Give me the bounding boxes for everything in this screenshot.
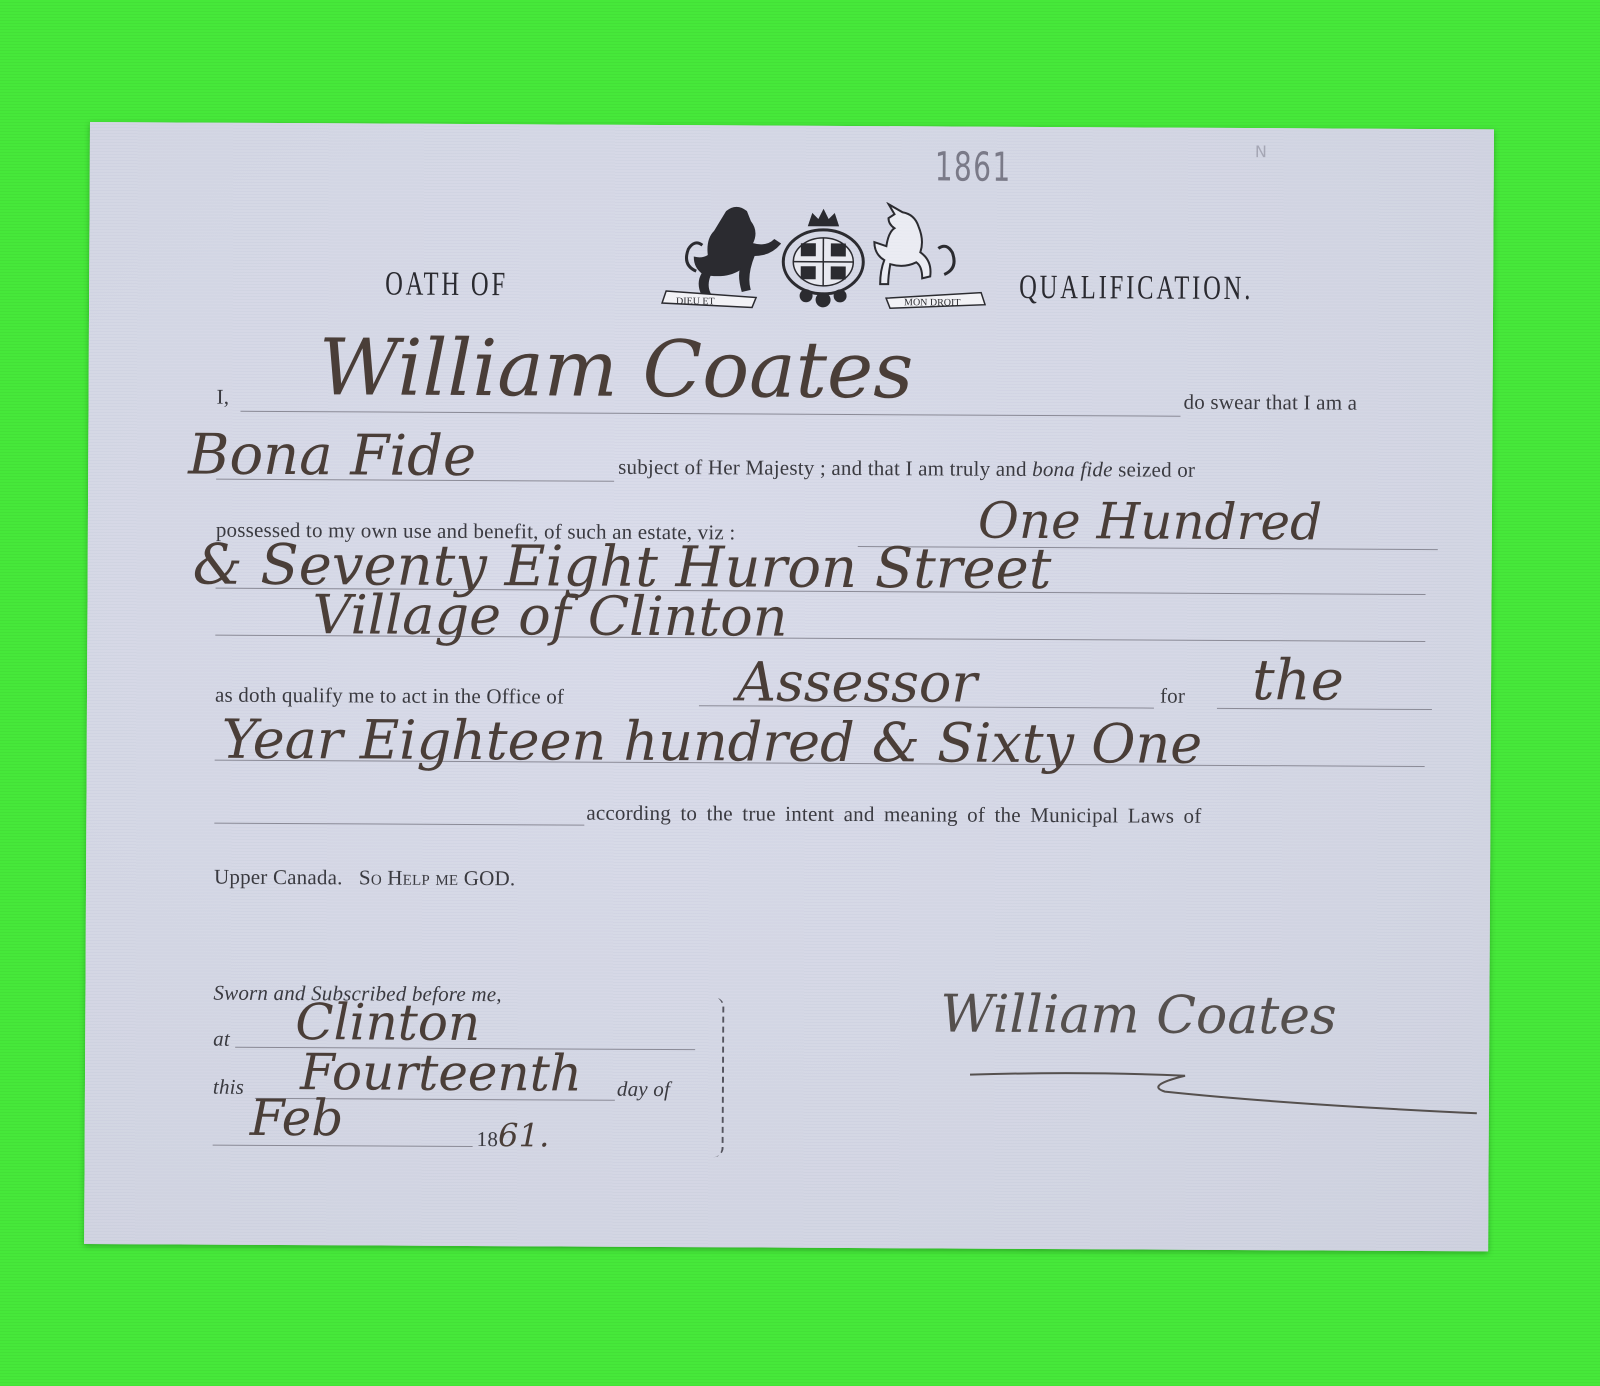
handwritten-name: William Coates (318, 323, 913, 416)
oath-line9-text: Upper Canada. So Help me GOD. (214, 865, 515, 892)
oath-for-text: for (1160, 684, 1185, 709)
jurat-this-label: this (213, 1075, 244, 1100)
handwritten-office: Assessor (737, 650, 977, 714)
oath-line6-text: as doth qualify me to act in the Office … (215, 683, 564, 710)
oath-prefix: I, (216, 385, 229, 410)
oath-line2-text: subject of Her Majesty ; and that I am t… (618, 455, 1195, 483)
jurat-brace (708, 997, 725, 1157)
handwritten-estate-3: Village of Clinton (312, 583, 787, 648)
handwritten-year-1: the (1252, 648, 1344, 713)
pencil-mark: N (1255, 142, 1267, 161)
oath-line8-text: according to the true intent and meaning… (586, 801, 1201, 829)
royal-coat-of-arms-icon: DIEU ET MON DROIT (656, 201, 992, 311)
handwritten-year-2: Year Eighteen hundred & Sixty One (222, 708, 1203, 776)
scroll-left-text: DIEU ET (676, 296, 715, 307)
jurat-year: 1861. (477, 1116, 550, 1154)
scroll-right-text: MON DROIT (904, 297, 960, 308)
title-oath-of: OATH OF (385, 266, 508, 305)
blank-line (214, 823, 584, 826)
signature: William Coates (940, 984, 1337, 1046)
jurat-at-label: at (213, 1027, 230, 1052)
title-qualification: QUALIFICATION. (1019, 269, 1253, 308)
signature-flourish-icon (965, 1057, 1485, 1120)
handwritten-month: Feb (250, 1089, 344, 1147)
oath-document: 1861 N OATH OF DIEU ET (84, 122, 1494, 1251)
handwritten-status: Bona Fide (188, 423, 476, 490)
pencil-year-annotation: 1861 (935, 144, 1012, 190)
oath-line1-text: do swear that I am a (1183, 390, 1357, 416)
jurat-day-of-label: day of (617, 1077, 670, 1102)
